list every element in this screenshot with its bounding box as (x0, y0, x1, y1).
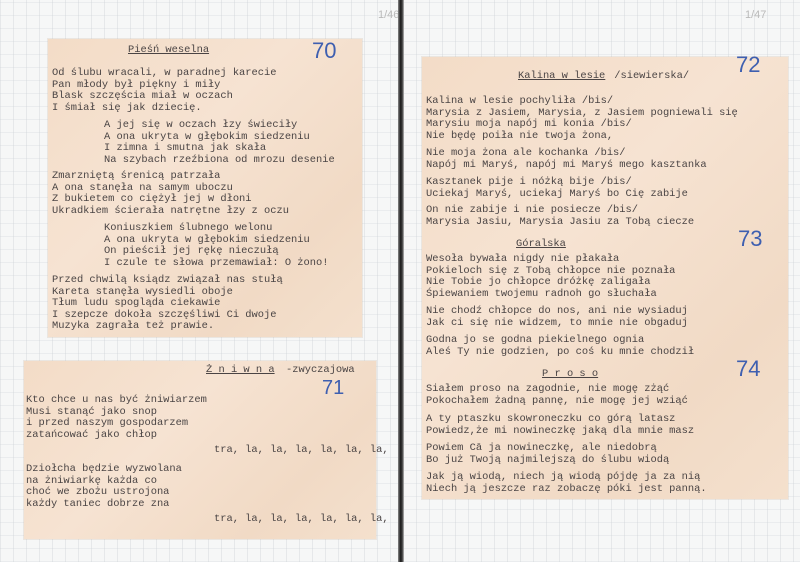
book-spine (398, 0, 404, 562)
lyric-line: Od ślubu wracali, w paradnej karecie (52, 68, 276, 80)
song-title: P r o s o (542, 369, 598, 381)
lyric-line: On nie zabije i nie posiecze /bis/ (426, 205, 694, 217)
lyric-line: Bo już Twoją najmilejszą do ślubu wiodą (426, 455, 669, 467)
stanza: Nie chodź chłopce do nos, ani nie wysiad… (426, 306, 688, 329)
stanza: Jak ją wiodą, niech ją wiodą pójdę ja za… (426, 472, 707, 495)
song-title: Pieśń weselna (128, 45, 209, 57)
lyric-line: Muzyka zagrała też prawie. (52, 321, 283, 333)
lyric-line: Pokochałem żadną pannę, nie mogę jej wzi… (426, 396, 688, 408)
song-title: Góralska (516, 239, 566, 251)
lyric-line: Przed chwilą ksiądz związał nas stułą (52, 275, 283, 287)
page-marker-left: 1/46 (378, 9, 399, 21)
lyric-line: Godna jo se godna piekielnego ognia (426, 335, 694, 347)
lyric-line: I śmiał się jak dziecię. (52, 103, 276, 115)
song-title: Ż n i w n a (206, 365, 275, 377)
lyric-line: Ukradkiem ścierała natrętne łzy z oczu (52, 206, 289, 218)
stanza: Dziołcha będzie wyzwolanana żniwiarkę ka… (26, 464, 182, 510)
stanza: Od ślubu wracali, w paradnej kareciePan … (52, 68, 276, 114)
lyric-line: Nie będę poiła nie twoja żona, (426, 131, 738, 143)
lyric-line: każdy taniec dobrze zna (26, 499, 182, 511)
lyric-line: Nie chodź chłopce do nos, ani nie wysiad… (426, 306, 688, 318)
lyric-line: Powiedz,że mi nowineczkę jaką dla mnie m… (426, 426, 694, 438)
stanza: Kasztanek pije i nóżką bije /bis/Uciekaj… (426, 177, 688, 200)
stanza: Kto chce u nas być żniwiarzemMusi stanąć… (26, 395, 207, 441)
lyric-line: Nie moja żona ale kochanka /bis/ (426, 148, 707, 160)
song-number: 71 (322, 383, 344, 395)
lyric-line: Napój mi Maryś, napój mi Maryś mego kasz… (426, 160, 707, 172)
lyric-line: Kto chce u nas być żniwiarzem (26, 395, 207, 407)
lyric-line: Zmarzniętą śrenicą patrzała (52, 171, 289, 183)
lyric-line: Siałem proso na zagodnie, nie mogę zżąć (426, 384, 688, 396)
song-title: Kalina w lesie (518, 71, 605, 83)
song-number: 74 (736, 363, 760, 375)
stanza: Kalina w lesie pochyliła /bis/Marysia z … (426, 96, 738, 142)
song-subtitle: /siewierska/ (608, 71, 689, 83)
lyric-line: Marysia Jasiu, Marysia Jasiu za Tobą cie… (426, 217, 694, 229)
song-clipping-71: Ż n i w n a -zwyczajowa 71 Kto chce u na… (24, 361, 376, 539)
stanza: On nie zabije i nie posiecze /bis/Marysi… (426, 205, 694, 228)
song-number: 72 (736, 59, 760, 71)
stanza: Zmarzniętą śrenicą patrzałaA ona stanęła… (52, 171, 289, 217)
lyric-line: Uciekaj Maryś, uciekaj Maryś bo Cię zabi… (426, 189, 688, 201)
lyric-line: zatańcować jako chłop (26, 430, 207, 442)
stanza: A jej się w oczach łzy świeciłyA ona ukr… (52, 120, 335, 166)
lyric-line: Powiem Cā ja nowineczkę, ale niedobrą (426, 443, 669, 455)
lyric-line: tra, la, la, la, la, la, la, (214, 445, 389, 457)
lyric-line: Kalina w lesie pochyliła /bis/ (426, 96, 738, 108)
song-number: 73 (738, 233, 762, 245)
stanza: Powiem Cā ja nowineczkę, ale niedobrąBo … (426, 443, 669, 466)
stanza: Koniuszkiem ślubnego welonuA ona ukryta … (52, 223, 328, 269)
lyric-line: Wesoła bywała nigdy nie płakała (426, 254, 675, 266)
lyric-line: Aleś Ty nie godzien, po coś ku mnie chod… (426, 347, 694, 359)
lyric-line: I czule te słowa przemawiał: O żono! (104, 258, 328, 270)
page-marker-right: 1/47 (745, 9, 766, 21)
lyric-line: Śpiewaniem twojemu radnoh go słuchała (426, 289, 675, 301)
lyric-line: A ty ptaszku skowroneczku co górą latasz (426, 414, 694, 426)
lyric-line: Jak ci się nie widzem, to mnie nie obgad… (426, 318, 688, 330)
stanza: Siałem proso na zagodnie, nie mogę zżąćP… (426, 384, 688, 407)
stanza: tra, la, la, la, la, la, la, (24, 445, 389, 457)
stanza: Godna jo se godna piekielnego ogniaAleś … (426, 335, 694, 358)
lyric-line: Dziołcha będzie wyzwolana (26, 464, 182, 476)
stanza: Wesoła bywała nigdy nie płakałaPokieloch… (426, 254, 675, 300)
song-number: 70 (312, 45, 336, 57)
lyric-line: Na szybach rzeźbiona od mrozu desenie (104, 155, 335, 167)
lyric-line: Jak ją wiodą, niech ją wiodą pójdę ja za… (426, 472, 707, 484)
stanza: tra, la, la, la, la, la, la, (24, 514, 389, 526)
stanza: Nie moja żona ale kochanka /bis/Napój mi… (426, 148, 707, 171)
lyric-line: A jej się w oczach łzy świeciły (104, 120, 335, 132)
stanza: A ty ptaszku skowroneczku co górą latasz… (426, 414, 694, 437)
lyric-line: tra, la, la, la, la, la, la, (214, 514, 389, 526)
stanza: Przed chwilą ksiądz związał nas stułąKar… (52, 275, 283, 333)
lyric-line: Kasztanek pije i nóżką bije /bis/ (426, 177, 688, 189)
song-clipping-72-74: Kalina w lesie /siewierska/ 72 Kalina w … (422, 57, 788, 499)
lyric-line: Niech ją jeszcze raz zobaczę póki jest p… (426, 484, 707, 496)
song-subtitle: -zwyczajowa (286, 365, 355, 377)
song-clipping-70: Pieśń weselna 70 Od ślubu wracali, w par… (48, 39, 362, 337)
lyric-line: Koniuszkiem ślubnego welonu (104, 223, 328, 235)
